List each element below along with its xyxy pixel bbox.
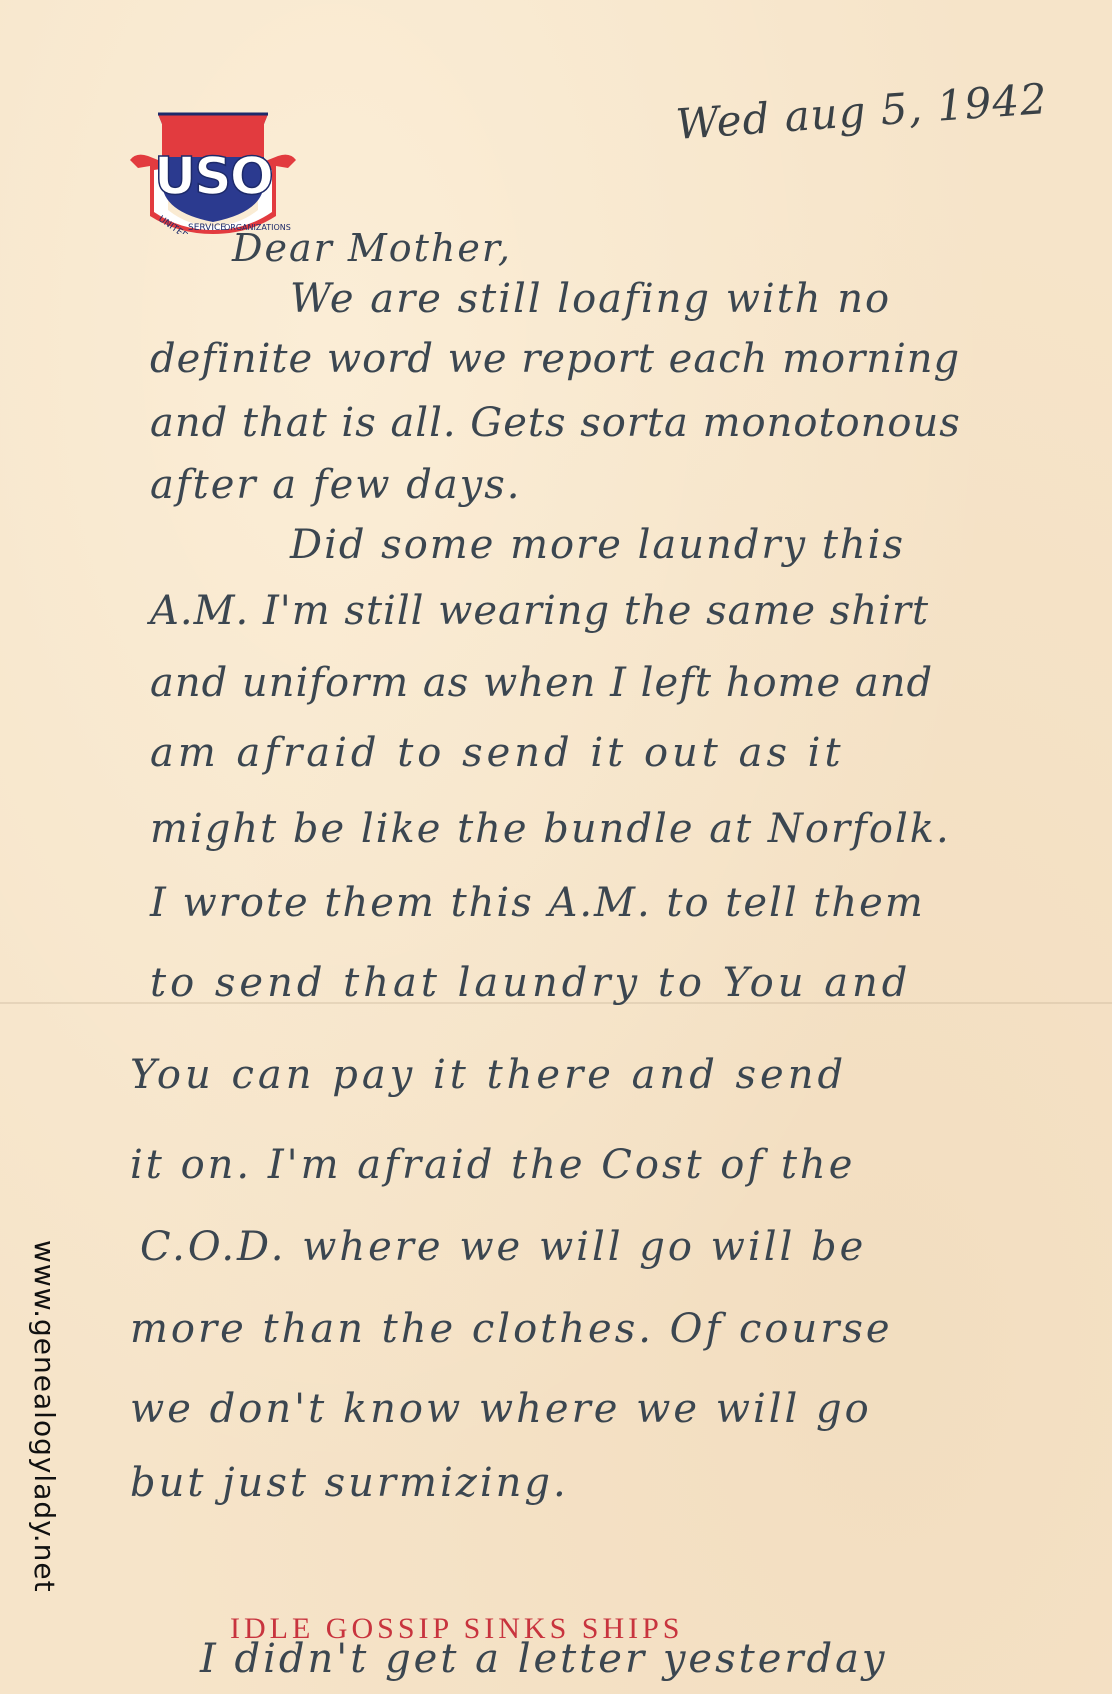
letter-line: definite word we report each morning	[150, 336, 960, 382]
salutation: Dear Mother,	[232, 226, 512, 270]
letter-line: I wrote them this A.M. to tell them	[150, 880, 925, 926]
letter-line: might be like the bundle at Norfolk.	[150, 806, 951, 852]
svg-text:USO: USO	[154, 147, 272, 207]
letter-line: but just surmizing.	[130, 1460, 569, 1506]
letter-line: we don't know where we will go	[130, 1386, 872, 1432]
svg-text:SERVICE: SERVICE	[188, 223, 226, 233]
uso-logo-icon: USO UNITED SERVICE ORGANIZATIONS	[128, 112, 298, 234]
letter-line: am afraid to send it out as it	[150, 730, 845, 776]
letter-line: after a few days.	[150, 462, 522, 508]
letter-line: We are still loafing with no	[290, 276, 891, 322]
letter-line: Did some more laundry this	[290, 522, 905, 568]
letter-line: I didn't get a letter yesterday	[200, 1636, 888, 1682]
letter-line: and uniform as when I left home and	[150, 660, 933, 706]
letter-line: to send that laundry to You and	[150, 960, 911, 1006]
letter-line: it on. I'm afraid the Cost of the	[130, 1142, 855, 1188]
letter-line: A.M. I'm still wearing the same shirt	[150, 588, 929, 634]
letter-line: C.O.D. where we will go will be	[140, 1224, 866, 1270]
watermark-url: www.genealogylady.net	[28, 1240, 61, 1593]
letter-line: You can pay it there and send	[130, 1052, 847, 1098]
letter-line: and that is all. Gets sorta monotonous	[150, 400, 961, 446]
letter-line: more than the clothes. Of course	[130, 1306, 893, 1352]
